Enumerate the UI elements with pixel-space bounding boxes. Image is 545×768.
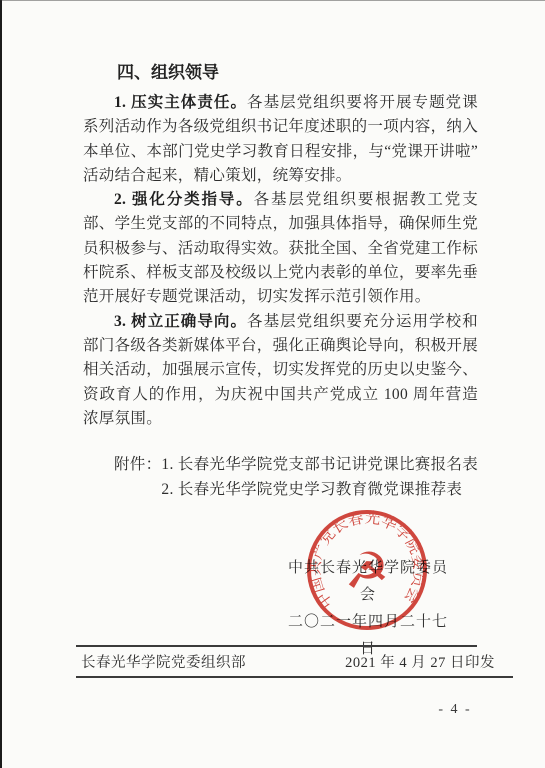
- attachments-label: 附件：: [114, 453, 161, 478]
- seal-graphic: 中国共产党长春光华学院委员会 ☭: [291, 494, 443, 646]
- scanned-document-page: 四、组织领导 1. 压实主体责任。各基层党组织要将开展专题党课系列活动作为各级党…: [0, 0, 545, 768]
- page-number: - 4 -: [425, 702, 485, 718]
- paragraph-1: 1. 压实主体责任。各基层党组织要将开展专题党课系列活动作为各级党组织书记年度述…: [83, 91, 478, 188]
- official-red-seal: 中国共产党长春光华学院委员会 ☭: [291, 494, 443, 646]
- document-body: 四、组织领导 1. 压实主体责任。各基层党组织要将开展专题党课系列活动作为各级党…: [83, 60, 478, 502]
- footer-print-date: 2021 年 4 月 27 日印发: [345, 651, 495, 672]
- paragraph-3: 3. 树立正确导向。各基层党组织要充分运用学校和部门各级各类新媒体平台，强化正确…: [83, 310, 478, 431]
- footer-imprint-row: 长春光华学院党委组织部 2021 年 4 月 27 日印发: [76, 649, 513, 678]
- paragraph-1-lead: 1. 压实主体责任。: [114, 94, 247, 111]
- paragraph-3-lead: 3. 树立正确导向。: [114, 313, 247, 330]
- scan-edge-artifact-left: [0, 0, 2, 768]
- paragraph-2: 2. 强化分类指导。各基层党组织要根据教工党支部、学生党支部的不同特点，加强具体…: [83, 188, 478, 309]
- scan-edge-artifact-top: [0, 0, 545, 1]
- footer-top-rule: [76, 645, 477, 647]
- paragraph-2-text: 各基层党组织要根据教工党支部、学生党支部的不同特点，加强具体指导，确保师生党员积…: [83, 191, 478, 305]
- hammer-and-sickle-icon: ☭: [345, 542, 390, 600]
- attachment-item-1: 1. 长春光华学院党支部书记讲党课比赛报名表: [161, 453, 478, 478]
- section-title: 四、组织领导: [83, 60, 478, 86]
- paragraph-2-lead: 2. 强化分类指导。: [114, 191, 254, 208]
- footer-issuer: 长春光华学院党委组织部: [81, 651, 246, 672]
